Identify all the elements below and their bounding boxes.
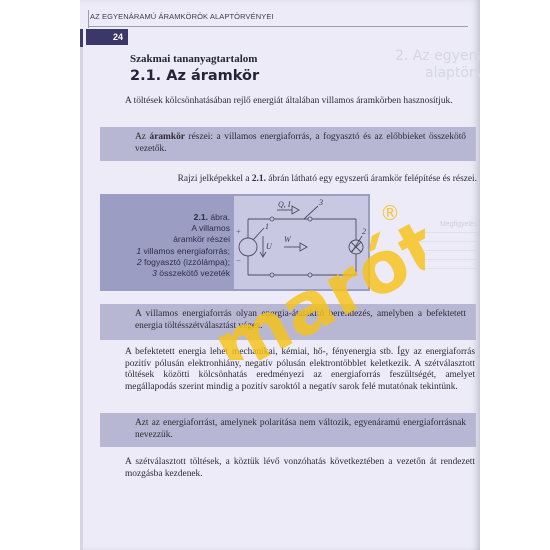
paragraph-figure-ref: Rajzi jelképekkel a 2.1. ábrán látható e… xyxy=(125,174,477,186)
label-voltage: U xyxy=(266,242,273,251)
item1-number: 1 xyxy=(136,246,141,256)
item3-text: összekötő vezeték xyxy=(159,268,230,278)
paragraph-energy: A befektetett energia lehet mechanikai, … xyxy=(125,347,475,393)
p2-text: Rajzi jelképekkel a xyxy=(178,174,252,184)
item1-text: villamos energiaforrás; xyxy=(144,246,230,256)
p2-bold: 2.1. xyxy=(252,174,266,184)
p2-text-rest: ábrán látható egy egyszerű áramkör felép… xyxy=(266,174,477,184)
item2-number: 2 xyxy=(137,257,142,267)
definition-box-dc-source: Azt az energiaforrást, amelynek polaritá… xyxy=(100,413,476,447)
label-plus: + xyxy=(236,227,241,236)
ghost-line-1: 2. Az egyenáramú áramkörök xyxy=(395,48,480,65)
label-source: 1 xyxy=(265,222,269,231)
section-label: Szakmai tananyagtartalom xyxy=(130,53,257,65)
figure-number: 2.1. xyxy=(194,212,208,222)
running-head: AZ EGYENÁRAMÚ ÁRAMKÖRÖK ALAPTÖRVÉNYEI xyxy=(90,12,274,21)
box1-text: Az xyxy=(135,132,150,142)
item2-text: fogyasztó (izzólámpa); xyxy=(144,257,230,267)
circuit-diagram: Q, I 3 1 2 U W + − xyxy=(234,196,368,289)
ghost-line-2: alaptörvényei xyxy=(395,65,480,82)
figure-title-1: A villamos xyxy=(100,223,230,234)
box1-bold: áramkör xyxy=(150,132,185,142)
side-tab-marker xyxy=(80,29,83,47)
circuit-schematic: Q, I 3 1 2 U W + − xyxy=(234,196,368,289)
header-rule xyxy=(88,26,468,27)
page-edge xyxy=(80,45,83,550)
label-charge-current: Q, I xyxy=(278,200,291,209)
page-number-badge: 24 xyxy=(86,29,128,45)
label-minus: − xyxy=(236,256,241,265)
paragraph-charges: A szétválasztott töltések, a köztük lévő… xyxy=(125,457,475,480)
definition-box-circuit: Az áramkör részei: a villamos energiafor… xyxy=(100,127,476,161)
show-through-text: 2. Az egyenáramú áramkörök alaptörvényei xyxy=(395,48,480,82)
box1-text-rest: részei: a villamos energiaforrás, a fogy… xyxy=(135,132,466,154)
label-load: 2 xyxy=(362,227,366,236)
item3-number: 3 xyxy=(152,268,157,278)
definition-box-source: A villamos energiaforrás olyan energia-á… xyxy=(100,304,476,340)
label-energy: W xyxy=(284,235,292,244)
figure-title-2: áramkör részei xyxy=(100,234,230,245)
label-wire: 3 xyxy=(318,198,323,207)
figure-caption: 2.1. ábra. A villamos áramkör részei 1 v… xyxy=(100,212,230,279)
figure-word: ábra. xyxy=(210,212,230,222)
paragraph-intro: A töltések kölcsönhatásában rejlő energi… xyxy=(125,96,475,108)
chapter-title: 2.1. Az áramkör xyxy=(130,68,259,84)
